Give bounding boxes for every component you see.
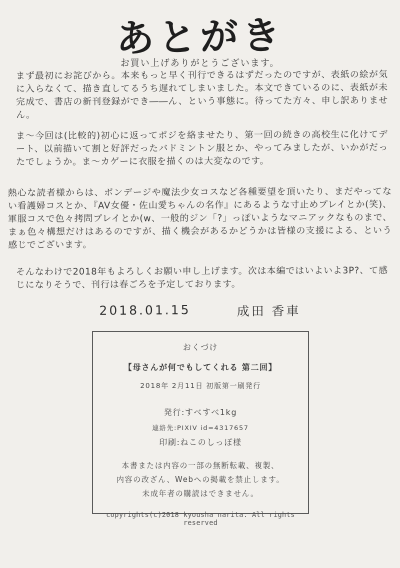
afterword-page: あとがき お買い上げありがとうございます。 まず最初にお詫びから。本来もっと早く…: [0, 0, 400, 568]
signature-author: 成田 香車: [237, 301, 301, 320]
colophon-book-title: 【母さんが何でもしてくれる 第二回】: [124, 362, 277, 373]
colophon-publisher: 発行:すべすべ1kg: [164, 407, 237, 418]
signature-date: 2018.01.15: [99, 302, 191, 321]
colophon-header: おくづけ: [183, 342, 218, 353]
colophon-legal-notice: 本書または内容の一部の無断転載、複製、 内容の改ざん、Webへの掲載を禁止します…: [117, 459, 285, 501]
legal-line-3: 未成年者の購読はできません。: [117, 487, 285, 501]
colophon-copyright: copyrights(c)2018 kyousha narita. All ri…: [93, 511, 308, 527]
afterword-paragraph-requests: 熱心な読者様からは、ボンデージや魔法少女コスなど各種要望を頂いたり、まだやってな…: [8, 186, 392, 253]
colophon-box: おくづけ 【母さんが何でもしてくれる 第二回】 2018年 2月11日 初版第一…: [92, 331, 309, 514]
afterword-paragraph-content: ま〜今回は(比較的)初心に返ってポジを絡ませたり、第一回の続きの高校生に化けてデ…: [16, 129, 388, 170]
greeting-line: お買い上げありがとうございます。: [0, 56, 400, 69]
date-signature: 2018.01.15 成田 香車: [0, 300, 400, 321]
afterword-paragraph-apology: まず最初にお詫びから。本来もっと早く刊行できるはずだったのですが、表紙の絵が気に…: [16, 69, 388, 123]
legal-line-1: 本書または内容の一部の無断転載、複製、: [117, 459, 285, 473]
colophon-edition-line: 2018年 2月11日 初版第一刷発行: [140, 381, 261, 391]
legal-line-2: 内容の改ざん、Webへの掲載を禁止します。: [117, 473, 285, 487]
colophon-printer: 印刷:ねこのしっぽ様: [159, 437, 242, 448]
colophon-contact: 連絡先:PIXIV id=4317657: [152, 423, 249, 432]
afterword-paragraph-closing: そんなわけで2018年もよろしくお願い申し上げます。次は本編ではいよいよ3P?、…: [16, 265, 388, 293]
